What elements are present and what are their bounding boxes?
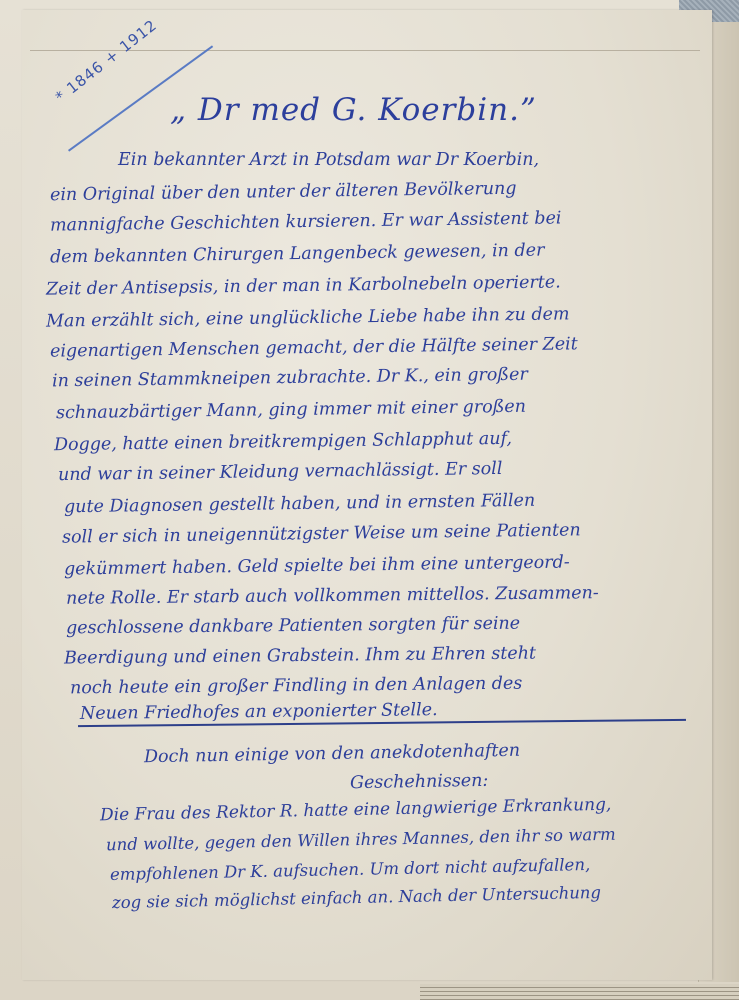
section-heading-cont: Geschehnissen:	[350, 771, 489, 793]
text-line-underlined: Neuen Friedhofes an exponierter Stelle.	[80, 700, 438, 724]
page-stack-bottom	[420, 984, 739, 1000]
photo-scene: * 1846 + 1912 „ Dr med G. Koerbin.” Ein …	[0, 0, 739, 1000]
page-title: „ Dr med G. Koerbin.”	[170, 92, 537, 128]
text-line: Ein bekannter Arzt in Potsdam war Dr Koe…	[118, 150, 539, 170]
